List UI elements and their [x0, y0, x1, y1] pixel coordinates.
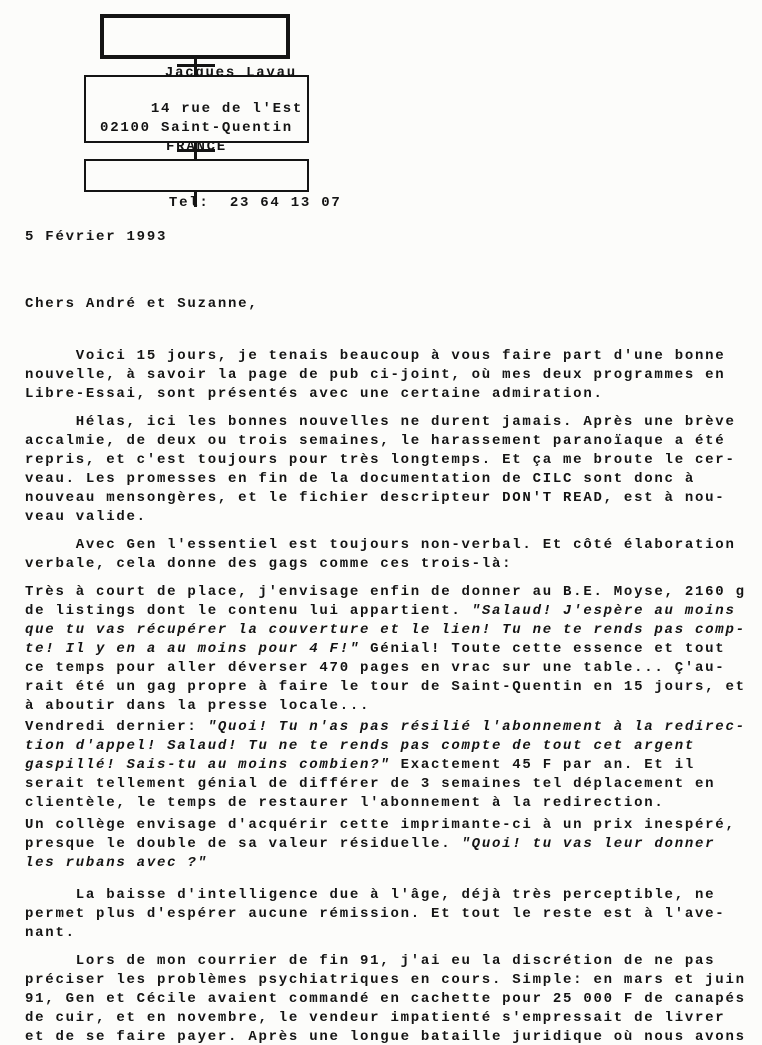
sender-address-box: 14 rue de l'Est 02100 Saint-Quentin FRAN… [84, 75, 309, 143]
sender-address: 14 rue de l'Est 02100 Saint-Quentin FRAN… [100, 101, 303, 155]
text-run: Vendredi dernier: [25, 719, 208, 735]
paragraph: Lors de mon courrier de fin 91, j'ai eu … [25, 952, 760, 1045]
paragraph: Un collège envisage d'acquérir cette imp… [25, 816, 760, 873]
sender-tel-box: Tel: 23 64 13 07 [84, 159, 309, 192]
connector-tick [177, 64, 215, 67]
letter-date: 5 Février 1993 [25, 228, 760, 247]
letter-body-column: 5 Février 1993 Chers André et Suzanne, V… [25, 207, 760, 1045]
text-run: La baisse d'intelligence due à l'âge, dé… [25, 887, 725, 941]
paragraph: Avec Gen l'essentiel est toujours non-ve… [25, 536, 760, 574]
text-run: Avec Gen l'essentiel est toujours non-ve… [25, 537, 736, 572]
salutation: Chers André et Suzanne, [25, 295, 760, 314]
paragraph: La baisse d'intelligence due à l'âge, dé… [25, 886, 760, 943]
sender-diagram: Jacques Lavau 14 rue de l'Est 02100 Sain… [0, 0, 762, 207]
text-run: Voici 15 jours, je tenais beaucoup à vou… [25, 348, 725, 402]
paragraph: Voici 15 jours, je tenais beaucoup à vou… [25, 347, 760, 404]
letter-page: Jacques Lavau 14 rue de l'Est 02100 Sain… [0, 0, 762, 1045]
paragraph: Très à court de place, j'envisage enfin … [25, 583, 760, 716]
letter-paragraphs: Voici 15 jours, je tenais beaucoup à vou… [25, 347, 760, 1045]
connector-line [194, 191, 197, 207]
text-run: Hélas, ici les bonnes nouvelles ne duren… [25, 414, 736, 525]
sender-name-box: Jacques Lavau [100, 14, 290, 59]
paragraph: Vendredi dernier: "Quoi! Tu n'as pas rés… [25, 718, 760, 813]
text-run: Lors de mon courrier de fin 91, j'ai eu … [25, 953, 746, 1045]
paragraph: Hélas, ici les bonnes nouvelles ne duren… [25, 413, 760, 527]
connector-tick [177, 149, 215, 152]
